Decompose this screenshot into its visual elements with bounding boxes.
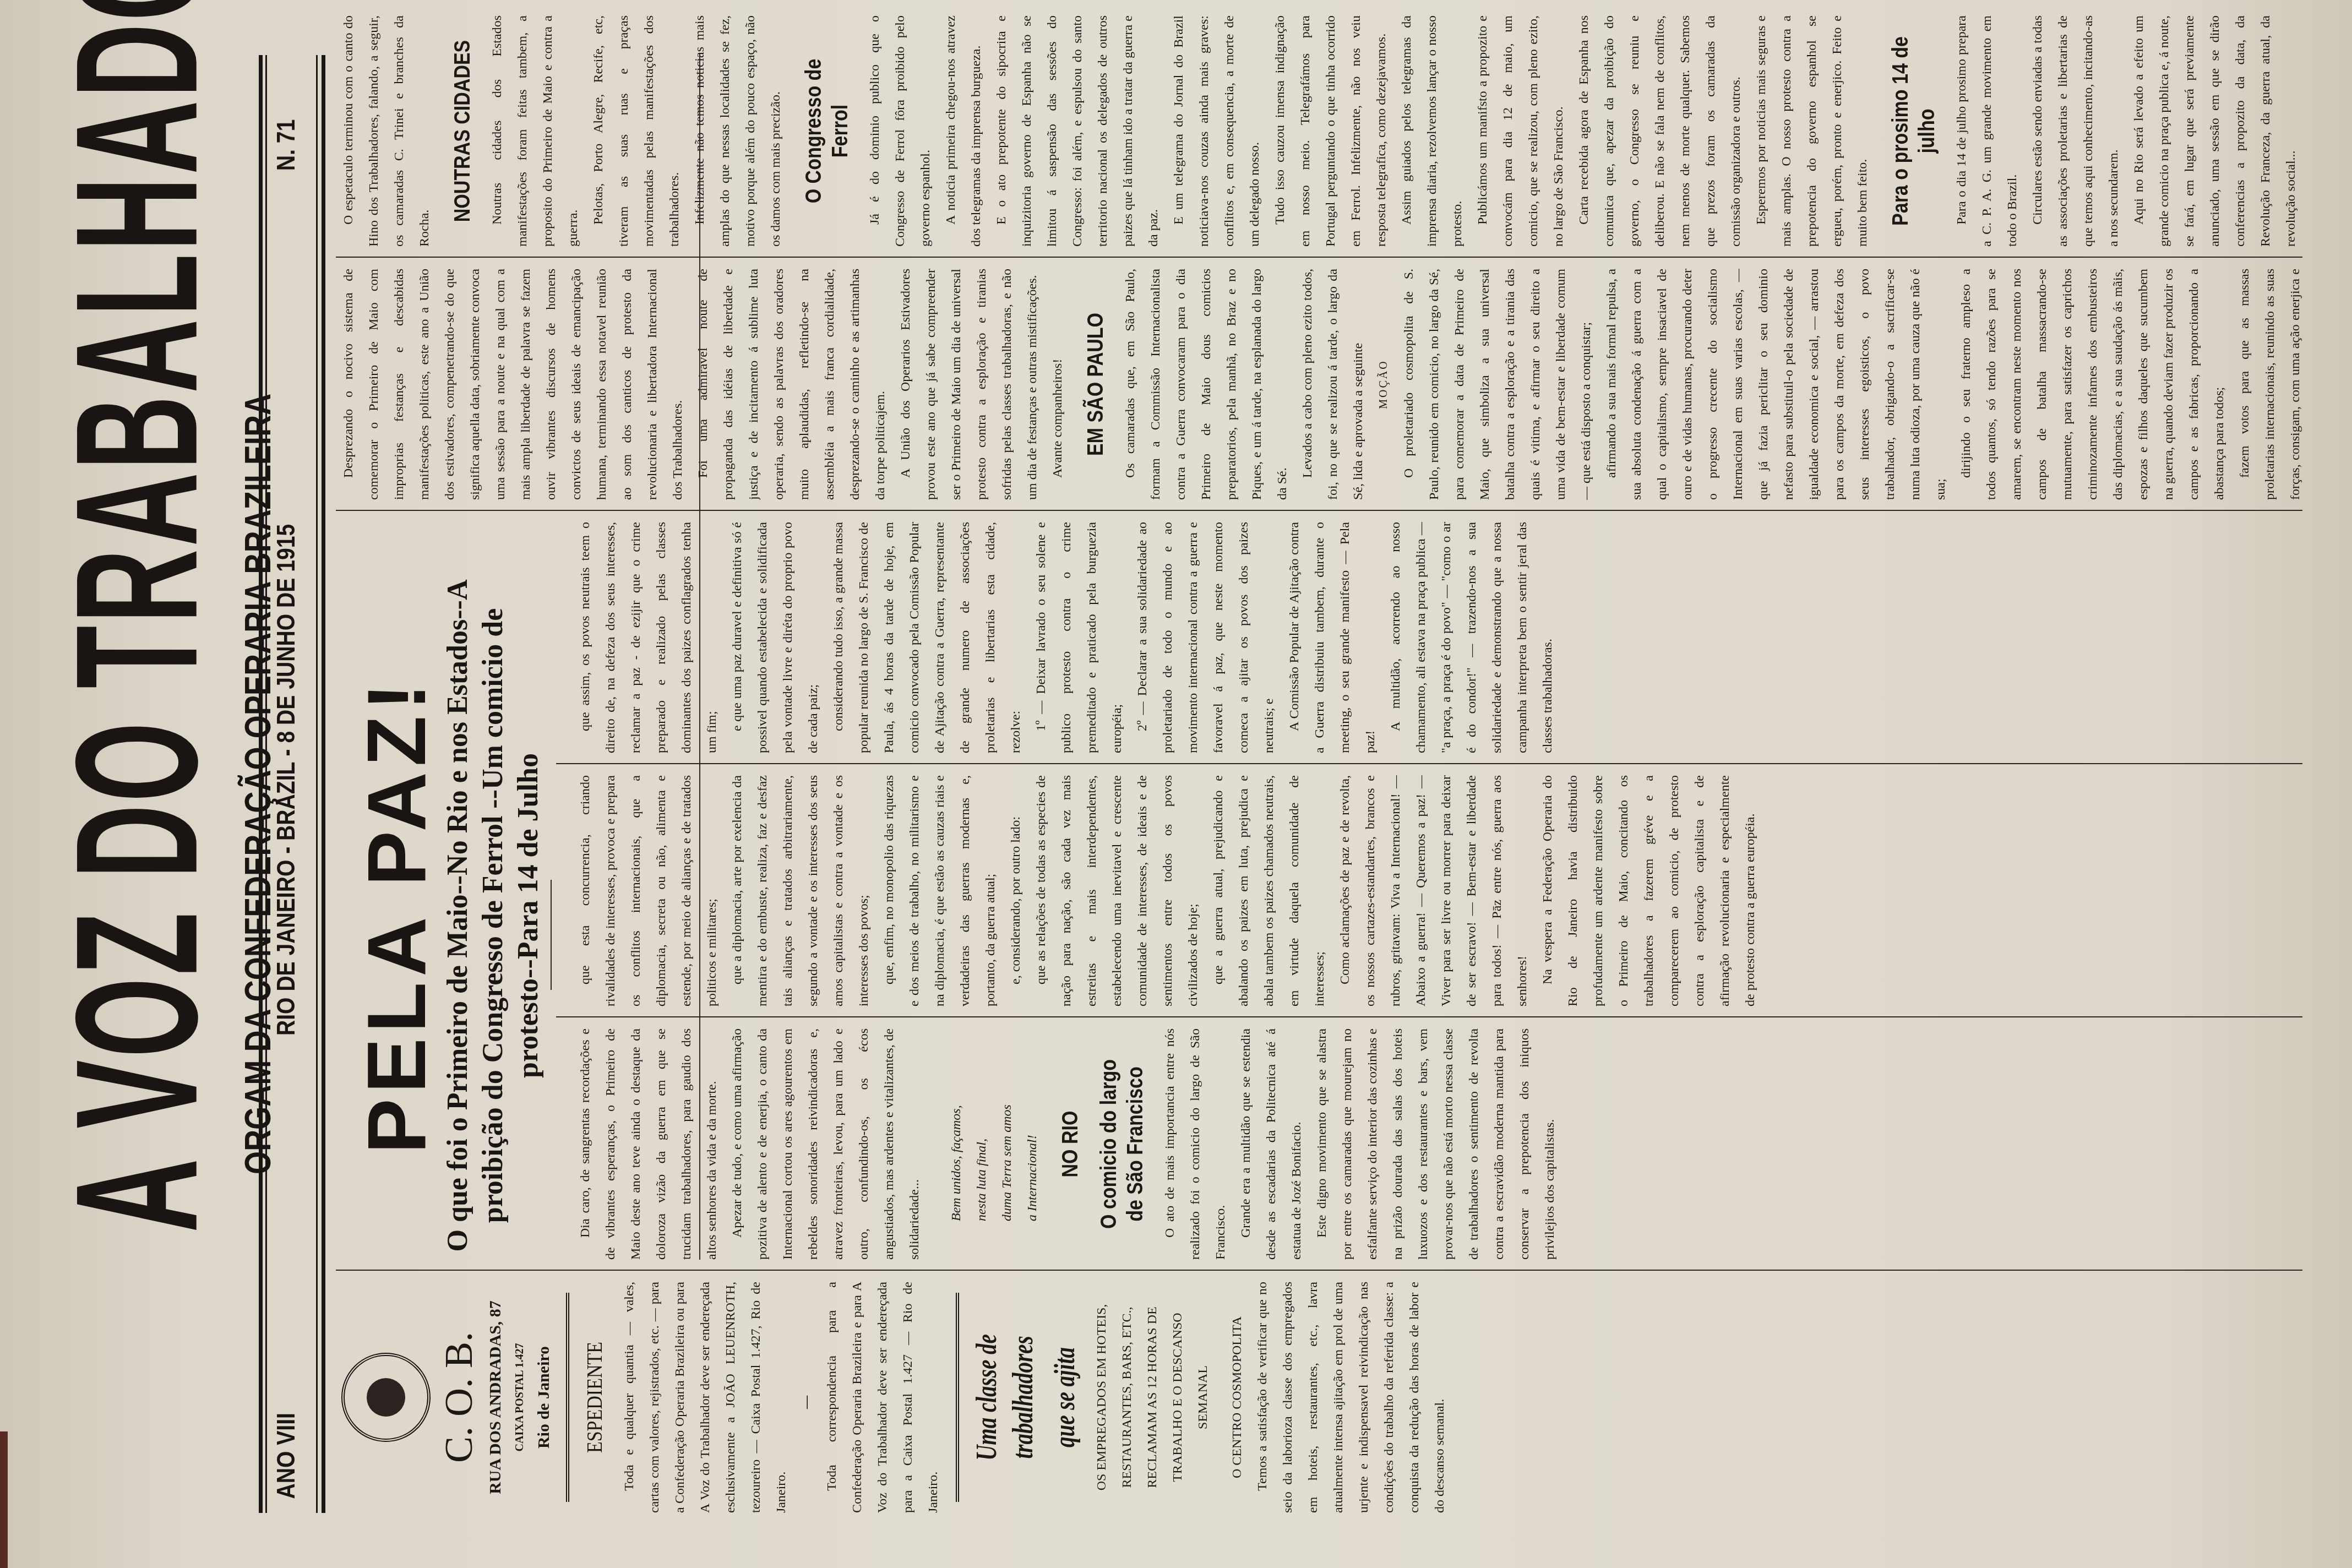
column-4: que assim, os povos neutrais teem o dire… xyxy=(336,522,2302,753)
article-text: Temos a satisfação de verificar que no s… xyxy=(1250,1282,1452,1513)
column-3: que esta concurrencia, criando rivalidad… xyxy=(336,775,2302,1006)
mocao-label: MOÇÃO xyxy=(1371,269,1396,500)
article-text: fazem votos para que as massas proletari… xyxy=(2232,269,2302,500)
poem-line: Bem unidos, façamos, xyxy=(944,1028,969,1260)
double-rule xyxy=(566,1293,569,1502)
article-text: que esta concurrencia, criando rivalidad… xyxy=(573,775,725,1006)
article-text: O ato de mais importancia entre nós real… xyxy=(1157,1028,1233,1260)
newspaper-title: A VOZ DO TRABALHADOR xyxy=(50,335,223,1232)
section-heading-noutras: NOUTRAS CIDADES xyxy=(449,33,476,230)
article-text: O proletariado cosmopolita de S. Paulo, … xyxy=(1396,269,1599,500)
address: RUA DOS ANDRADAS, 87 xyxy=(483,1282,508,1513)
article-text: Como aclamações de paz e de revolta, os … xyxy=(1332,775,1535,1006)
article-text: Aqui no Rio será levado a efeito um gran… xyxy=(2126,15,2302,247)
article-text: Na vespera a Federação Operaria do Rio d… xyxy=(1535,775,1763,1006)
column-1: C. O. B. RUA DOS ANDRADAS, 87 CAIXA POST… xyxy=(336,1282,2302,1513)
article-text: Já é do dominio publico que o Congresso … xyxy=(862,15,938,247)
column-divider xyxy=(556,1016,2302,1017)
dash-separator: — xyxy=(794,1282,819,1513)
section-heading-julho: Para o prosimo 14 de julho xyxy=(1887,33,1940,230)
article-text: Para o dia 14 de julho prosimo prepara a… xyxy=(1949,15,2025,247)
article-text: Infelizmente não temos noticias mais amp… xyxy=(687,15,788,247)
column-divider xyxy=(336,1270,2302,1271)
article-text: que as relações de todas as especies de … xyxy=(1028,775,1206,1006)
article-text: Tudo isso cauzou imensa indignação em no… xyxy=(1267,15,1394,247)
column-divider xyxy=(336,510,2302,511)
column-divider xyxy=(556,763,2302,764)
article-text: E um telegrama do Jornal do Brazil notic… xyxy=(1166,15,1267,247)
po-box: CAIXA POSTAL 1.427 xyxy=(508,1282,532,1513)
year-label: ANO VIII xyxy=(271,1413,301,1499)
section-heading-sao-paulo: EM SÃO PAULO xyxy=(1082,286,1109,483)
rule-top-thin xyxy=(265,55,267,1513)
rule-bottom-thin xyxy=(316,55,318,1513)
article-headline-classe: Uma classe de trabalhadores xyxy=(969,1311,1042,1484)
rule-bottom xyxy=(322,55,325,1513)
section-heading-no-rio: NO RIO xyxy=(1057,1046,1084,1243)
article-text: Os camaradas que, em São Paulo, formam a… xyxy=(1118,269,1295,500)
article-text: que assim, os povos neutrais teem o dire… xyxy=(573,522,725,753)
article-text: Apezar de tudo, e como uma afirmação poz… xyxy=(725,1028,927,1260)
scan-background: A VOZ DO TRABALHADOR ORGAM DA CONFEDERAÇ… xyxy=(0,0,2352,1568)
expediente-title: ESPEDIENTE xyxy=(581,1299,608,1496)
centro-subhead: O CENTRO COSMOPOLITA xyxy=(1224,1282,1250,1513)
column-6: O espetaculo terminou com o canto do Hin… xyxy=(336,15,2302,247)
article-text: Publicámos um manifsto a propozito e con… xyxy=(1470,15,1571,247)
article-text: Pelotas, Porto Alegre, Recife, etc, tive… xyxy=(586,15,687,247)
city: Rio de Janeiro xyxy=(532,1282,556,1513)
article-text: Levados a cabo com pleno ezito todos, fo… xyxy=(1295,269,1371,500)
article-headline-classe-2: que se ajita xyxy=(1047,1311,1084,1484)
article-text: O espetaculo terminou com o canto do Hin… xyxy=(336,15,437,247)
article-text: Circulares estão sendo enviadas a todas … xyxy=(2025,15,2126,247)
article-text: que a diplomacia, arte por exelencia da … xyxy=(725,775,876,1006)
rule-top xyxy=(259,55,263,1513)
double-rule xyxy=(956,1293,959,1502)
article-text: Desprezando o nocivo sistema de comemora… xyxy=(336,269,690,500)
org-initials: C. O. B. xyxy=(434,1282,483,1513)
column-2: Dia caro, de sangrentas recordações e de… xyxy=(336,1028,2302,1260)
article-text: A Comissão Popular de Ajitação contra a … xyxy=(1282,522,1383,753)
article-text: A noticia primeira chegou-nos atravez do… xyxy=(938,15,989,247)
article-text: Esperemos por noticias mais seguras e ma… xyxy=(1749,15,1875,247)
dateline: RIO DE JANEIRO - BRAZIL - 8 DE JUNHO DE … xyxy=(271,524,301,1036)
columns: C. O. B. RUA DOS ANDRADAS, 87 CAIXA POST… xyxy=(336,44,2302,1513)
article-text: e, considerando, por outro lado: xyxy=(1003,775,1028,1006)
article-text: Avante companheiros! xyxy=(1045,269,1070,500)
article-text: e que uma paz duravel e definitiva só é … xyxy=(725,522,826,753)
article-text: A União dos Operarios Estivadores provou… xyxy=(893,269,1045,500)
article-text: Grande era a multidão que se estendia de… xyxy=(1233,1028,1309,1260)
article-text: Este digno movimento que se alastra por … xyxy=(1309,1028,1562,1260)
article-text: dirijindo o seu fraterno ampleso a todos… xyxy=(1953,269,2232,500)
article-text: Noutras cidades dos Estados manifestaçõe… xyxy=(484,15,586,247)
dateline-bar: ANO VIII RIO DE JANEIRO - BRAZIL - 8 DE … xyxy=(259,55,330,1513)
poem-line: duma Terra sem amos xyxy=(994,1028,1020,1260)
newspaper-page: A VOZ DO TRABALHADOR ORGAM DA CONFEDERAÇ… xyxy=(0,0,2352,1568)
article-text: Carta recebida agora de Espanha nos comu… xyxy=(1571,15,1749,247)
article-text: que, enfim, no monopolio das riquezas e … xyxy=(876,775,1003,1006)
article-text: considerando tudo isso, a grande massa p… xyxy=(826,522,1028,753)
poem-line: nesta luta final, xyxy=(969,1028,994,1260)
cob-seal-icon xyxy=(341,1353,431,1442)
issue-number: N. 71 xyxy=(271,119,301,171)
section-heading-ferrol: O Congresso de Ferrol xyxy=(801,33,853,230)
article-text: Assim guiados pelos telegramas da impren… xyxy=(1394,15,1470,247)
article-text: que a guerra atual, prejudicando e abala… xyxy=(1206,775,1332,1006)
article-text: Dia caro, de sangrentas recordações e de… xyxy=(573,1028,725,1260)
section-divider xyxy=(699,54,700,1260)
article-text: E o ato prepotente do sipocrita e inquiz… xyxy=(989,15,1166,247)
article-text: A multidão, acorrendo ao nosso chamament… xyxy=(1383,522,1560,753)
article-text: Foi uma admiravel noute de propaganda da… xyxy=(690,269,893,500)
article-text: afirmando a sua mais formal repulsa, a s… xyxy=(1599,269,1953,500)
poem-line: a Internacional! xyxy=(1020,1028,1045,1260)
column-5: Desprezando o nocivo sistema de comemora… xyxy=(336,269,2302,500)
article-text: 1º — Deixar lavrado o seu solene e publi… xyxy=(1028,522,1130,753)
column-divider xyxy=(336,257,2302,258)
expediente-text-1: Toda e qualquer quantia — vales, cartas … xyxy=(617,1282,794,1513)
empregados-subhead: OS EMPREGADOS EM HOTEIS, RESTAURANTES, B… xyxy=(1089,1282,1216,1513)
expediente-text-2: Toda correspondencia para a Confederação… xyxy=(819,1282,946,1513)
section-heading-largo: O comicio do largo de São Francisco xyxy=(1096,1046,1148,1243)
dateline-row: ANO VIII RIO DE JANEIRO - BRAZIL - 8 DE … xyxy=(271,274,309,1513)
article-text: 2º — Declarar a sua solidariedade ao pro… xyxy=(1130,522,1282,753)
